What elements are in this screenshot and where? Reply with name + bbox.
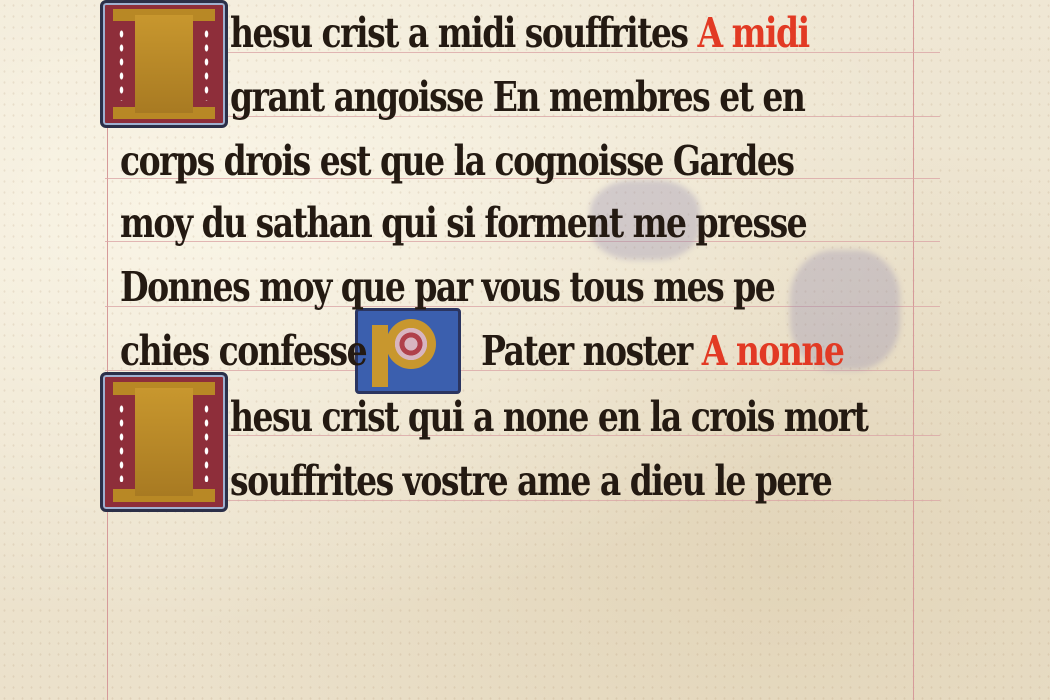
illuminated-initial-i-bottom	[100, 372, 228, 512]
text-line-6: chies confesse Pater noster A nonne	[120, 326, 843, 375]
rubric-a-nonne: A nonne	[702, 326, 844, 375]
text-line-2: grant angoisse En membres et en	[230, 72, 804, 121]
text-line-4: moy du sathan qui si forment me presse	[120, 198, 806, 247]
text-line-5: Donnes moy que par vous tous mes pe	[120, 262, 774, 311]
text-line-1: hesu crist a midi souffrites A midi	[230, 8, 809, 57]
rubric-a-midi: A midi	[698, 8, 809, 57]
text-line-3: corps drois est que la cognoisse Gardes	[120, 136, 793, 185]
ruling-right	[913, 0, 914, 700]
text-line-8: souffrites vostre ame a dieu le pere	[230, 456, 831, 505]
text-line-7: hesu crist qui a none en la crois mort	[230, 392, 867, 441]
illuminated-initial-i-top	[100, 0, 228, 128]
